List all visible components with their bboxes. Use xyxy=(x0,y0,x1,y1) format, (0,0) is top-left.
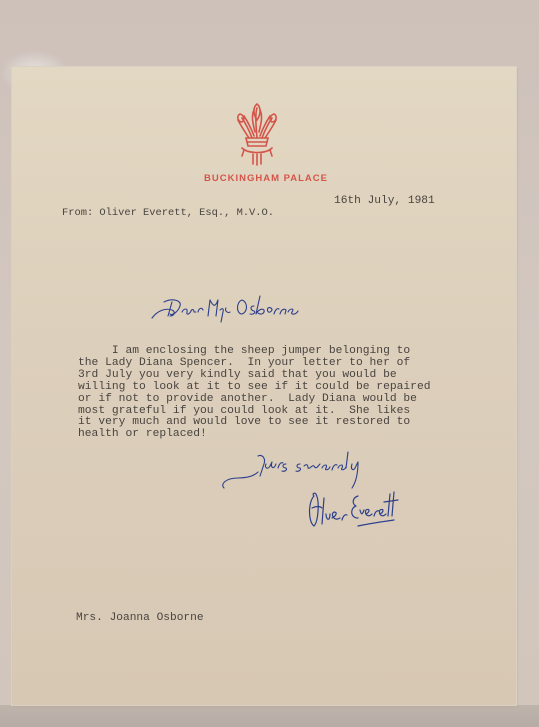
body-line: 3rd July you very kindly said that you w… xyxy=(78,370,431,382)
signature-handwriting: Oliver Everett xyxy=(306,488,406,533)
sender-line: From: Oliver Everett, Esq., M.V.O. xyxy=(62,207,274,219)
frame-ledge xyxy=(0,705,539,727)
valediction-handwriting: Yours sincerely xyxy=(218,448,388,493)
letterhead-title: BUCKINGHAM PALACE xyxy=(196,173,336,184)
letter-body: I am enclosing the sheep jumper belongin… xyxy=(78,346,431,441)
valediction-text: Yours sincerely xyxy=(218,448,226,449)
body-line: or if not to provide another. Lady Diana… xyxy=(78,394,431,406)
salutation-handwriting: Dear Mrs Osborne xyxy=(150,290,310,324)
signature-text: Oliver Everett xyxy=(306,488,313,489)
body-line: health or replaced! xyxy=(78,429,431,441)
letter-date: 16th July, 1981 xyxy=(334,195,435,207)
body-line: willing to look at it to see if it could… xyxy=(78,382,431,394)
prince-of-wales-feathers-icon xyxy=(232,98,282,168)
recipient-name: Mrs. Joanna Osborne xyxy=(76,612,204,624)
salutation-text: Dear Mrs Osborne xyxy=(150,290,159,291)
